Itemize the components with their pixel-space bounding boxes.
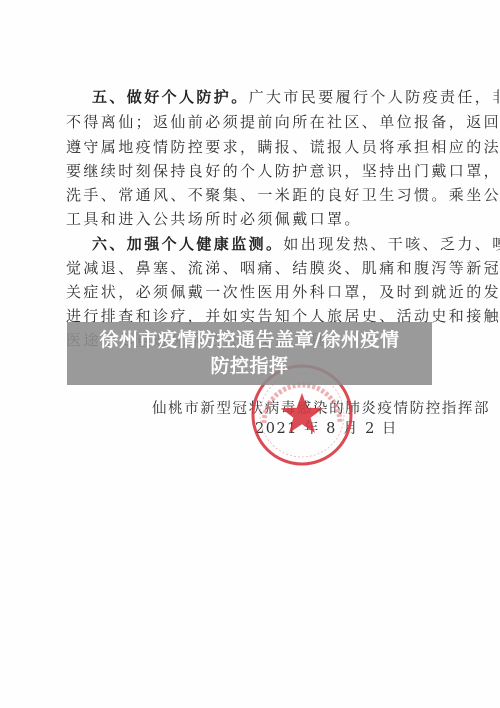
section-six-line-2: 觉减退、鼻塞、流涕、咽痛、结膜炎、肌痛和腹泻等新冠肺炎相 xyxy=(66,256,438,280)
section-six-line-1: 六、加强个人健康监测。如出现发热、干咳、乏力、嗅觉味 xyxy=(92,232,438,256)
title-banner-overlay: 徐州市疫情防控通告盖章/徐州疫情 防控指挥 xyxy=(67,322,432,385)
section-five-line-1: 五、做好个人防护。广大市民要履行个人防疫责任，非必要 xyxy=(92,85,438,109)
section-five-line-4: 要继续时刻保持良好的个人防护意识，坚持出门戴口罩，养成勤 xyxy=(66,159,438,183)
section-six-heading: 六、加强个人健康监测。 xyxy=(92,235,283,253)
red-star-icon xyxy=(281,393,323,433)
section-five-line-5: 洗手、常通风、不聚集、一米距的良好卫生习惯。乘坐公共交通 xyxy=(66,183,438,207)
section-five-line-6: 工具和进入公共场所时必须佩戴口罩。 xyxy=(66,207,438,231)
document-page: 五、做好个人防护。广大市民要履行个人防疫责任，非必要 不得离仙；返仙前必须提前向… xyxy=(0,0,500,708)
banner-title-line-2: 防控指挥 xyxy=(67,353,432,379)
section-five-heading: 五、做好个人防护。 xyxy=(92,88,249,106)
banner-title-line-1: 徐州市疫情防控通告盖章/徐州疫情 xyxy=(67,327,432,353)
section-five-line-3: 遵守属地疫情防控要求，瞒报、谎报人员将承担相应的法律责任。 xyxy=(66,135,438,159)
section-five-line-2: 不得离仙；返仙前必须提前向所在社区、单位报备，返回后严格 xyxy=(66,110,438,134)
section-six-line-3: 关症状，必须佩戴一次性医用外科口罩，及时到就近的发热门诊 xyxy=(66,280,438,304)
